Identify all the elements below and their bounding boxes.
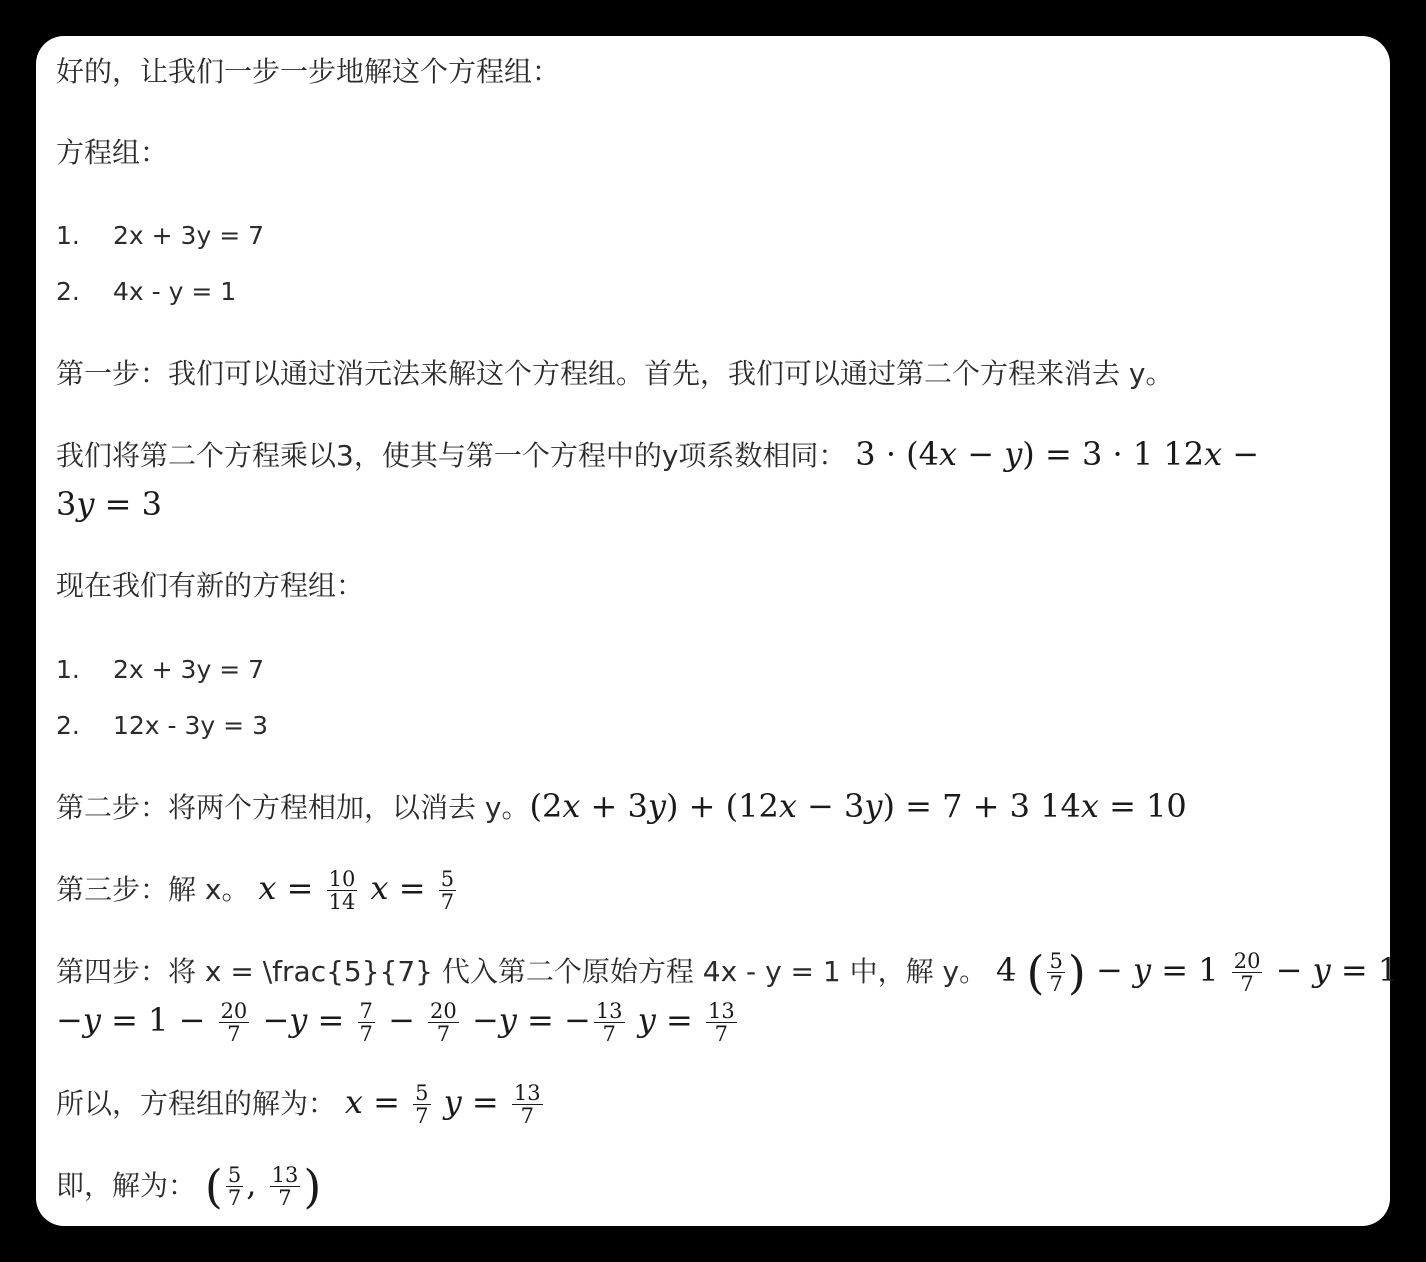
list-item: 2.12x - 3y = 3	[56, 709, 268, 743]
step3-paragraph: 第三步：解 x。 x = 1014 x = 57	[56, 868, 459, 913]
final-math: (57, 137)	[205, 1165, 321, 1203]
multiply-math-line2: 3y = 3	[56, 484, 162, 526]
list-number: 2.	[56, 275, 113, 309]
step2-text: 第二步：将两个方程相加，以消去 y。	[56, 791, 529, 824]
multiply-math-line1: 3 · (4x − y) = 3 · 1 12x −	[855, 435, 1259, 473]
step4-math-line1: 4 (57) − y = 1 207 − y = 1	[996, 951, 1398, 989]
list-item: 1.2x + 3y = 7	[56, 653, 264, 687]
step4-math-line2: −y = 1 − 207 −y = 77 − 207 −y = −137 y =…	[56, 1000, 740, 1045]
list-number: 2.	[56, 709, 113, 743]
step3-math: x = 1014 x = 57	[258, 869, 459, 907]
step1-text: 第一步：我们可以通过消元法来解这个方程组。首先，我们可以通过第二个方程来消去 y…	[56, 354, 1173, 394]
message-card: 好的，让我们一步一步地解这个方程组： 方程组： 1.2x + 3y = 7 2.…	[36, 36, 1390, 1226]
list-number: 1.	[56, 653, 113, 687]
step2-math: (2x + 3y) + (12x − 3y) = 7 + 3 14x = 10	[529, 787, 1186, 825]
new-system-label: 现在我们有新的方程组：	[56, 566, 364, 606]
list-number: 1.	[56, 219, 113, 253]
system-label: 方程组：	[56, 133, 168, 173]
step4-paragraph: 第四步：将 x = \frac{5}{7} 代入第二个原始方程 4x - y =…	[56, 950, 1398, 995]
multiply-text: 我们将第二个方程乘以3，使其与第一个方程中的y项系数相同：	[56, 439, 846, 472]
equation: 4x - y = 1	[113, 277, 236, 306]
equation: 2x + 3y = 7	[113, 221, 264, 250]
equation: 12x - 3y = 3	[113, 711, 268, 740]
multiply-paragraph: 我们将第二个方程乘以3，使其与第一个方程中的y项系数相同： 3 · (4x − …	[56, 434, 1259, 476]
intro-text: 好的，让我们一步一步地解这个方程组：	[56, 52, 560, 92]
list-item: 1.2x + 3y = 7	[56, 219, 264, 253]
conclusion-math: x = 57 y = 137	[345, 1083, 546, 1121]
step3-text: 第三步：解 x。	[56, 873, 249, 906]
step4-text: 第四步：将 x = \frac{5}{7} 代入第二个原始方程 4x - y =…	[56, 955, 987, 988]
conclusion-text: 所以，方程组的解为：	[56, 1087, 336, 1120]
equation: 2x + 3y = 7	[113, 655, 264, 684]
final-text: 即，解为：	[56, 1169, 196, 1202]
step2-paragraph: 第二步：将两个方程相加，以消去 y。(2x + 3y) + (12x − 3y)…	[56, 786, 1187, 828]
conclusion-paragraph: 所以，方程组的解为： x = 57 y = 137	[56, 1082, 546, 1127]
list-item: 2.4x - y = 1	[56, 275, 236, 309]
final-paragraph: 即，解为： (57, 137)	[56, 1164, 321, 1209]
